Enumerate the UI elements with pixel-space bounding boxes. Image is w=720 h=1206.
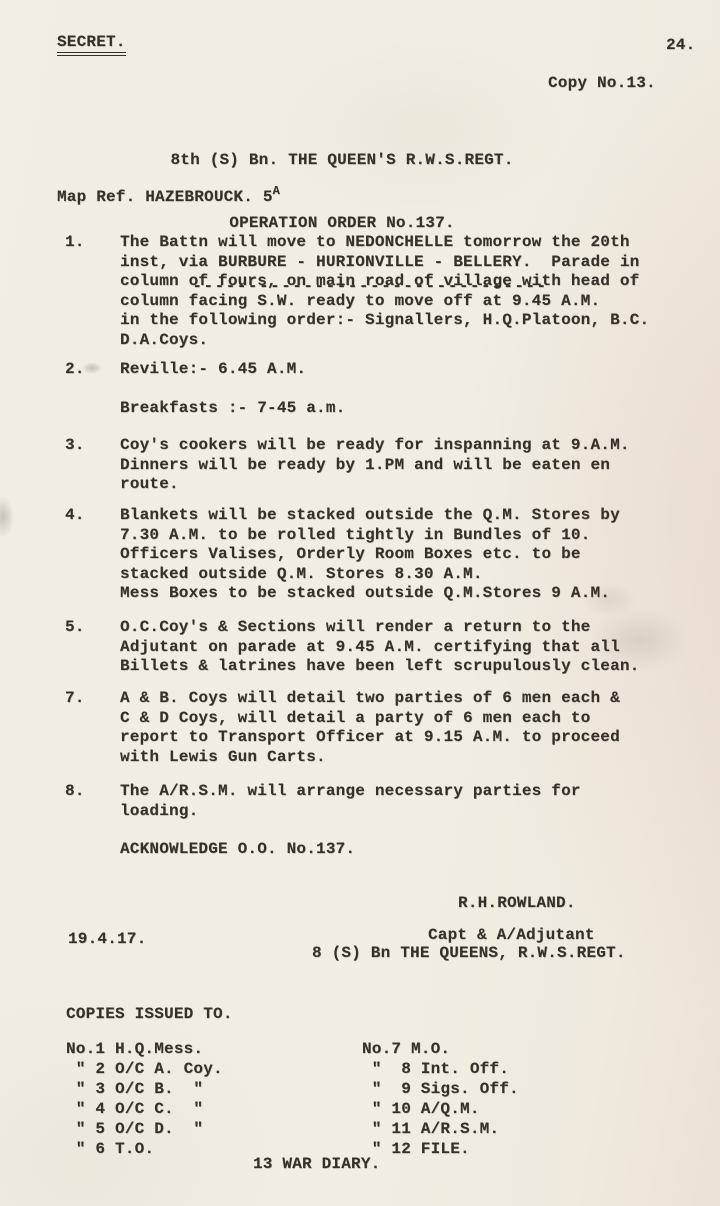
classification-text: SECRET. bbox=[57, 33, 126, 56]
map-reference-text: Map Ref. HAZEBROUCK. 5 bbox=[57, 188, 273, 206]
page-number: 24. bbox=[666, 36, 695, 56]
signature-rank: Capt & A/Adjutant bbox=[428, 926, 595, 946]
item-text: The A/R.S.M. will arrange necessary part… bbox=[120, 782, 581, 821]
title-line-1: 8th (S) Bn. THE QUEEN'S R.W.S.REGT. bbox=[0, 150, 684, 171]
distribution-left-column: No.1 H.Q.Mess. " 2 O/C A. Coy. " 3 O/C B… bbox=[66, 1039, 223, 1159]
item-number: 5. bbox=[65, 618, 85, 638]
distribution-heading: COPIES ISSUED TO. bbox=[66, 1005, 233, 1025]
signature-date: 19.4.17. bbox=[68, 930, 146, 950]
distribution-right-column: No.7 M.O. " 8 Int. Off. " 9 Sigs. Off. "… bbox=[362, 1039, 519, 1159]
item-text: O.C.Coy's & Sections will render a retur… bbox=[120, 618, 639, 677]
item-text: The Battn will move to NEDONCHELLE tomor… bbox=[120, 233, 649, 350]
document-page: SECRET. 24. Copy No.13. 8th (S) Bn. THE … bbox=[0, 0, 720, 1206]
map-reference-superscript: A bbox=[273, 184, 280, 198]
item-number: 8. bbox=[65, 782, 85, 802]
item-text: Coy's cookers will be ready for inspanni… bbox=[120, 436, 630, 495]
acknowledge-line: ACKNOWLEDGE O.O. No.137. bbox=[120, 840, 355, 860]
copy-number: Copy No.13. bbox=[548, 74, 656, 94]
item-number: 4. bbox=[65, 506, 85, 526]
map-reference: Map Ref. HAZEBROUCK. 5A bbox=[57, 182, 280, 208]
item-number: 1. bbox=[65, 233, 85, 253]
item-number: 2. bbox=[65, 360, 85, 380]
signature-name: R.H.ROWLAND. bbox=[458, 894, 576, 914]
item-text: A & B. Coys will detail two parties of 6… bbox=[120, 689, 620, 767]
item-number: 7. bbox=[65, 689, 85, 709]
title-line-2: OPERATION ORDER No.137. bbox=[0, 213, 684, 234]
item-text: Blankets will be stacked outside the Q.M… bbox=[120, 506, 620, 604]
distribution-footer: 13 WAR DIARY. bbox=[253, 1155, 380, 1175]
signature-unit: 8 (S) Bn THE QUEENS, R.W.S.REGT. bbox=[312, 944, 626, 964]
classification-label: SECRET. bbox=[57, 33, 126, 53]
item-text: Reville:- 6.45 A.M. Breakfasts :- 7-45 a… bbox=[120, 360, 345, 419]
item-number: 3. bbox=[65, 436, 85, 456]
